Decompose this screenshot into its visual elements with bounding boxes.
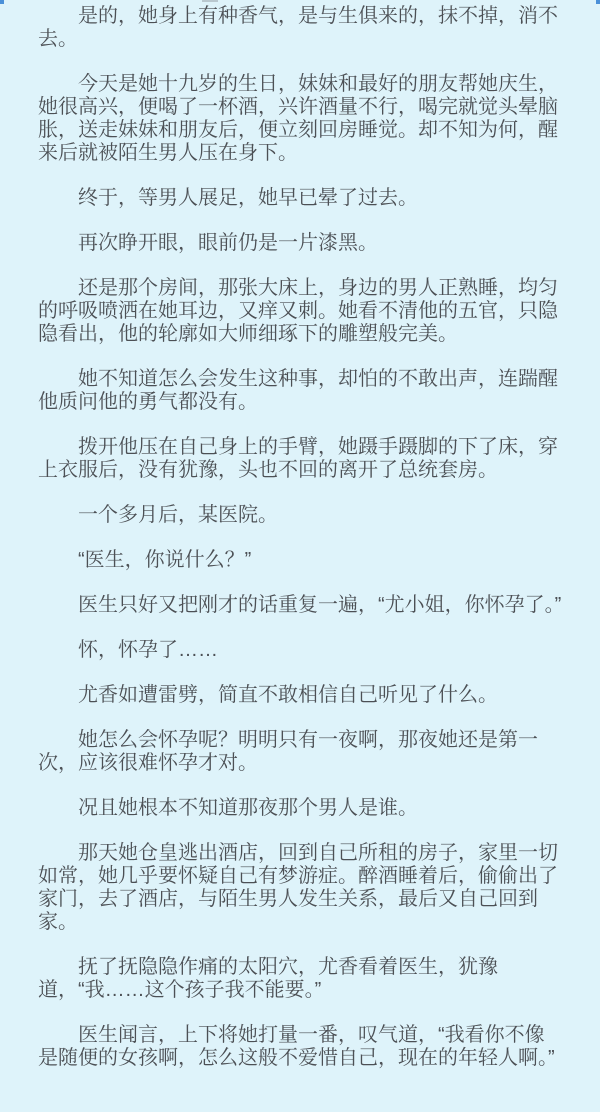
novel-paragraph: 一个多月后，某医院。 <box>38 504 562 527</box>
novel-paragraph: 再次睁开眼，眼前仍是一片漆黑。 <box>38 232 562 255</box>
top-right-corner-mark <box>596 0 600 4</box>
novel-paragraph: 医生闻言，上下将她打量一番，叹气道，“我看你不像是随便的女孩啊，怎么这般不爱惜自… <box>38 1024 562 1070</box>
novel-paragraph: 她怎么会怀孕呢？明明只有一夜啊，那夜她还是第一次，应该很难怀孕才对。 <box>38 729 562 775</box>
novel-paragraph: “医生，你说什么？” <box>38 549 562 572</box>
novel-paragraph: 尤香如遭雷劈，简直不敢相信自己听见了什么。 <box>38 684 562 707</box>
novel-paragraph: 她不知道怎么会发生这种事，却怕的不敢出声，连踹醒他质问他的勇气都没有。 <box>38 368 562 414</box>
novel-paragraph: 还是那个房间，那张大床上，身边的男人正熟睡，均匀的呼吸喷洒在她耳边，又痒又刺。她… <box>38 277 562 346</box>
top-left-corner-mark <box>0 0 4 4</box>
novel-paragraph: 医生只好又把刚才的话重复一遍，“尤小姐，你怀孕了。” <box>38 594 562 617</box>
novel-paragraph: 况且她根本不知道那夜那个男人是谁。 <box>38 797 562 820</box>
novel-paragraph: 怀，怀孕了…… <box>38 639 562 662</box>
novel-paragraph: 是的，她身上有种香气，是与生俱来的，抹不掉，消不去。 <box>38 5 562 51</box>
novel-paragraph: 终于，等男人展足，她早已晕了过去。 <box>38 187 562 210</box>
top-edge-clipped-artifact <box>202 0 218 2</box>
novel-reader-page: 是的，她身上有种香气，是与生俱来的，抹不掉，消不去。 今天是她十九岁的生日，妹妹… <box>0 0 600 1112</box>
novel-paragraph: 今天是她十九岁的生日，妹妹和最好的朋友帮她庆生，她很高兴，便喝了一杯酒，兴许酒量… <box>38 73 562 165</box>
novel-paragraph: 拨开他压在自己身上的手臂，她蹑手蹑脚的下了床，穿上衣服后，没有犹豫，头也不回的离… <box>38 436 562 482</box>
novel-paragraph: 抚了抚隐隐作痛的太阳穴，尤香看着医生，犹豫道，“我……这个孩子我不能要。” <box>38 956 562 1002</box>
novel-paragraph: 那天她仓皇逃出酒店，回到自己所租的房子，家里一切如常，她几乎要怀疑自己有梦游症。… <box>38 842 562 934</box>
